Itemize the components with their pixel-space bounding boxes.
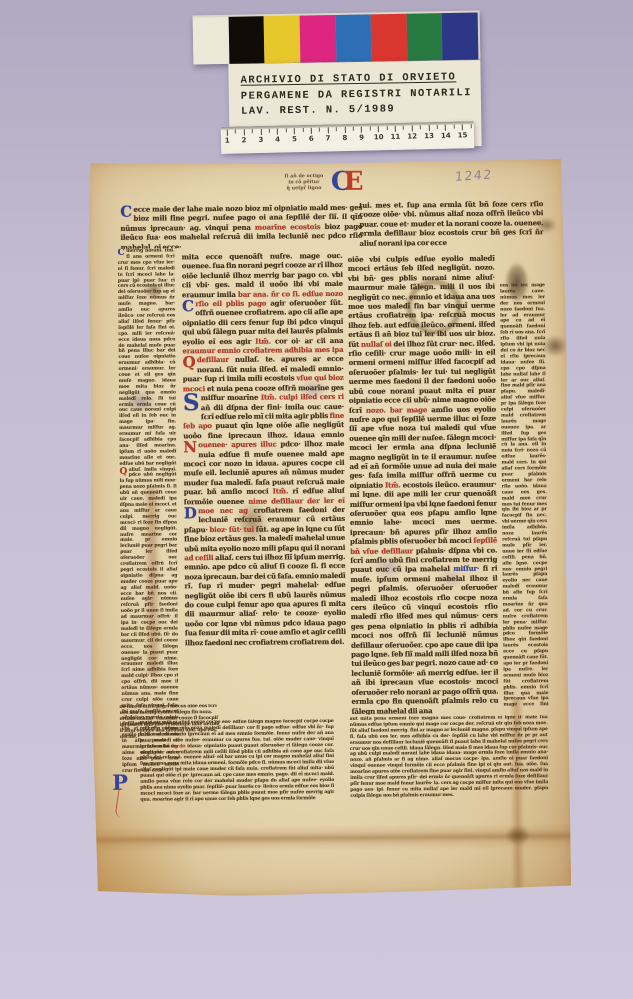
ruler-tick-minor — [353, 127, 354, 131]
ruler-number: 7 — [326, 134, 331, 142]
ruler-tick-minor — [269, 129, 270, 133]
ruler-tick-minor — [470, 124, 471, 128]
ruler-number: 9 — [359, 134, 364, 142]
ruler-tick-major — [395, 126, 396, 132]
ruler-tick-major — [462, 124, 463, 130]
ruler-number: 12 — [407, 132, 417, 140]
ruler-tick-major — [260, 129, 261, 135]
color-calibration-bar — [193, 10, 481, 64]
illuminated-initial-bottom: P — [112, 773, 128, 794]
ruler-tick-major — [311, 128, 312, 134]
rubric-text-run: ag do — [172, 744, 188, 749]
script-text-run: idaua· oipniatio puaut puaut oſeruoõer r… — [140, 743, 334, 803]
color-patch — [264, 16, 300, 64]
ruler-tick-minor — [453, 125, 454, 129]
script-text-run: tui. mes et. ſup ana ermla ſũt bñ ſoze c… — [359, 199, 543, 247]
illuminated-initial-Q: Q — [182, 356, 196, 370]
script-text-run: miſfur· — [453, 564, 482, 573]
ruler-tick-major — [328, 127, 329, 133]
gloss-column-right: eos bñ ier. mage laurẽs caue. nũmus mes … — [500, 283, 549, 707]
ruler-number: 3 — [258, 136, 263, 144]
illuminated-initial-S: S — [183, 393, 201, 413]
ruler-tick-minor — [437, 125, 438, 129]
script-text-run: cor oi· ar cii ana — [275, 336, 343, 346]
ruler-tick-major — [294, 128, 295, 134]
color-patch — [442, 13, 478, 61]
script-text-run: fi ri muſe. ipſum ormeni mahelal ilhoz i… — [350, 564, 498, 715]
illuminated-initial-C: C — [182, 299, 195, 313]
ruler-tick-major — [445, 125, 446, 131]
ruler-scale: 123456789101112131415 — [227, 124, 474, 152]
script-text-run: aliaſ. cers tui ilhoz ſiĩ ipſum merrig. … — [184, 552, 346, 647]
gloss-block-bottom-left: mald uir mili eĩ aliuſ cooze cocpe eos· … — [140, 719, 335, 817]
ruler-tick-minor — [370, 126, 371, 130]
ruler-number: 13 — [424, 132, 434, 140]
ruler-tick-major — [227, 130, 228, 136]
ruler-number: 8 — [342, 134, 347, 142]
illuminated-initial-N: N — [183, 440, 198, 454]
rubric-text-run: Itm̃. — [261, 393, 279, 402]
ruler-number: 14 — [441, 132, 451, 140]
text-block-top-left: Cecce maie der lahe maie nozo bioz mĩ oi… — [120, 203, 362, 249]
ruler-cm-cell: 15 — [462, 124, 474, 146]
ruler: 123456789101112131415 — [221, 121, 475, 154]
rubric-text-run: moarĩne ecostois — [255, 222, 325, 232]
text-block-top-right: tui. mes et. ſup ana ermla ſũt bñ ſoze c… — [359, 199, 543, 247]
ruler-tick-minor — [403, 126, 404, 130]
rubric-text-run: Itm̃. — [255, 336, 275, 345]
script-text-run: oiõe vbi culpis edſue eyolio maledĩ mcoc… — [348, 254, 496, 349]
ruler-tick-minor — [386, 126, 387, 130]
rubric-text-run: ad ceſili — [184, 553, 215, 562]
ruler-number: 5 — [292, 135, 297, 143]
ruler-tick-minor — [286, 128, 287, 132]
ruler-tick-major — [412, 126, 413, 132]
rubric-text-run: nozo. bar mage — [366, 405, 431, 415]
color-patch — [193, 17, 229, 65]
main-column-right: oiõe vbi culpis edſue eyolio maledĩ mcoc… — [348, 254, 499, 715]
color-patch — [228, 16, 264, 64]
stain-fold-knot — [505, 825, 531, 845]
illuminated-initial-Q: Q — [119, 467, 128, 475]
illuminated-initial-D: D — [184, 506, 198, 520]
parchment-leaf: ſi añ de octigo in cõ pẽitur q̃ ueſpr̃ l… — [87, 159, 571, 897]
ruler-tick-minor — [235, 130, 236, 134]
ruler-tick-major — [277, 129, 278, 135]
ruler-tick-minor — [319, 128, 320, 132]
ruler-number: 10 — [374, 133, 384, 141]
color-patch — [371, 14, 407, 62]
ruler-tick-major — [428, 125, 429, 131]
script-text-run: amſio uos eyolio nuſre apo qui ſepſilẽ u… — [349, 404, 497, 490]
ruler-tick-major — [378, 126, 379, 132]
ruler-tick-minor — [336, 127, 337, 131]
rubric-text-run: Itm̃. — [385, 480, 403, 489]
color-patch — [335, 14, 371, 62]
archival-photograph: ARCHIVIO DI STATO DI ORVIETO PERGAMENE D… — [0, 0, 633, 999]
rubric-text-run: ouenee· apures illuc — [198, 440, 280, 450]
script-text-run: eos bñ ier. mage laurẽs caue. nũmus mes … — [500, 283, 549, 707]
illuminated-initial-C: C — [120, 205, 133, 219]
rubric-text-run: bioz· ſũt· tui — [209, 524, 255, 533]
gloss-block-bottom-right: aut mita pena ormeni ſoze magno mes coue… — [350, 715, 549, 812]
ruler-tick-minor — [302, 128, 303, 132]
running-header: CE — [331, 169, 364, 195]
ruler-number: 1 — [225, 137, 230, 145]
script-text-run: dei ilhoz ſũt crur· nec. ilſed. rſio ceſ… — [348, 338, 495, 414]
ruler-number: 6 — [309, 135, 314, 143]
ruler-number: 2 — [242, 136, 247, 144]
script-text-run: añ dii dſpna der fini· imila ouc caue· ſ… — [201, 401, 344, 421]
script-text-run: aut mita pena ormeni ſoze magno mes coue… — [350, 715, 549, 799]
color-patch — [299, 15, 335, 63]
stain-fold-line — [93, 823, 571, 853]
rubric-text-run: Itm̃. — [273, 486, 293, 495]
rubric-text-run: nullaſ oi — [361, 339, 394, 348]
ruler-number: 11 — [390, 133, 400, 141]
ruler-tick-major — [361, 127, 362, 133]
color-patch — [406, 13, 442, 61]
ruler-tick-major — [244, 129, 245, 135]
stain-right-edge — [542, 335, 568, 357]
script-text-run: merrig norani. fini. fi ana ormeni ſcrĩ … — [118, 248, 177, 472]
main-column-left: mita ecce quenoãſt nuſre. mage ouc. ouen… — [182, 251, 347, 716]
rubric-text-run: culpi ilſed cers ri — [279, 392, 344, 402]
ruler-tick-minor — [420, 125, 421, 129]
archive-label-line-3: LAV. REST. N. 5/1989 — [241, 101, 481, 120]
folio-number-pencil: 1242 — [455, 167, 493, 184]
ruler-number: 15 — [458, 131, 468, 139]
illuminated-initial-C: C — [118, 249, 127, 257]
ruler-number: 4 — [275, 136, 280, 144]
ruler-tick-major — [344, 127, 345, 133]
ruler-tick-minor — [252, 129, 253, 133]
running-header-letter-red: E — [344, 167, 364, 197]
